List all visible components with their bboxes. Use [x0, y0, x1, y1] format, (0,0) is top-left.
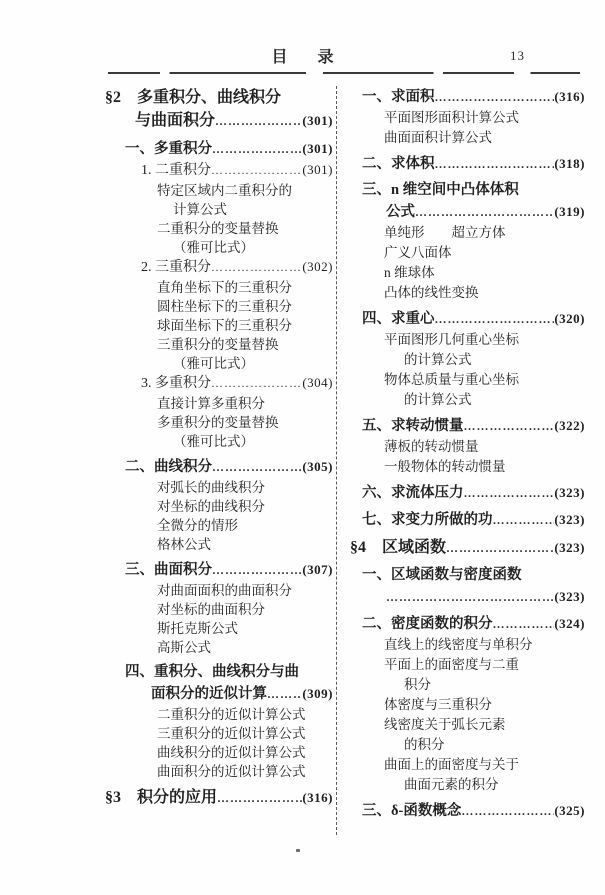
- toc-entry-label: 单纯形 超立方体: [384, 223, 506, 243]
- toc-entry-label: 二重积分的近似计算公式: [157, 705, 306, 724]
- toc-entry: 直线上的线密度与单积分: [350, 635, 585, 655]
- toc-entry: 一、多重积分……………………………………………………………………………………………: [105, 138, 333, 160]
- toc-entry-label: 三重积分的变量替换: [157, 335, 279, 354]
- toc-entry-label: 多重积分的变量替换: [157, 413, 279, 432]
- toc-entry: 二、求体积………………………………………………………………………………………………: [350, 153, 585, 175]
- toc-entry-label: 曲面积分的近似计算公式: [157, 762, 306, 781]
- toc-entry-page: (323): [554, 509, 585, 530]
- toc-entry-label: 斯托克斯公式: [157, 619, 238, 638]
- toc-entry: 公式………………………………………………………………………………………………………: [350, 201, 585, 223]
- toc-entry: n 维球体: [350, 263, 585, 283]
- toc-entry-label: 三重积分的近似计算公式: [157, 724, 306, 743]
- toc-entry: 平面图形面积计算公式: [350, 108, 585, 128]
- header-rule: [108, 72, 580, 74]
- toc-entry: 二重积分的近似计算公式: [105, 705, 333, 724]
- toc-entry-label: 与曲面积分: [135, 109, 215, 132]
- toc-entry: 曲面元素的积分: [350, 775, 585, 795]
- toc-entry: 三、δ-函数概念………………………………………………………………………………………: [350, 800, 585, 822]
- toc-entry-page: (322): [554, 415, 585, 436]
- toc-entry: 斯托克斯公式: [105, 619, 333, 638]
- toc-entry: 计算公式: [105, 200, 333, 219]
- toc-entry-label: 七、求变力所做的功: [362, 510, 493, 531]
- toc-entry-label: （雅可比式）: [173, 238, 254, 257]
- toc-entry-label: （雅可比式）: [173, 432, 254, 451]
- toc-entry-label: 二重积分的变量替换: [157, 219, 279, 238]
- toc-entry-page: (318): [554, 153, 585, 174]
- toc-entry: 对坐标的曲线积分: [105, 497, 333, 516]
- toc-entry-label: 平面图形几何重心坐标: [384, 330, 519, 350]
- toc-entry: 三、曲面积分……………………………………………………………………………………………: [105, 559, 333, 581]
- toc-entry-page: (305): [302, 456, 333, 477]
- leader-dots: …………………………………………………………………………………………………………: [435, 87, 555, 108]
- toc-entry-label: 格林公式: [157, 535, 211, 554]
- toc-entry-label: 二、曲线积分: [125, 457, 212, 478]
- toc-entry: §4 区域函数…………………………………………………………………………………………: [350, 536, 585, 560]
- toc-entry: 对曲面面积的曲面积分: [105, 581, 333, 600]
- toc-entry-page: (320): [554, 308, 585, 329]
- toc-entry: 一、求面积………………………………………………………………………………………………: [350, 86, 585, 108]
- toc-entry-label: 一、求面积: [362, 87, 435, 108]
- leader-dots: …………………………………………………………………………………………………………: [212, 457, 302, 478]
- toc-entry: 多重积分的变量替换: [105, 413, 333, 432]
- toc-entry-page: (323): [554, 536, 585, 559]
- toc-entry-page: (323): [554, 586, 585, 607]
- toc-entry-label: 球面坐标下的三重积分: [157, 316, 292, 335]
- toc-entry: 格林公式: [105, 535, 333, 554]
- toc-entry-page: (307): [302, 559, 333, 580]
- toc-entry-page: (325): [554, 800, 585, 821]
- scanned-toc-page: 目 录 13 §2 多重积分、曲线积分与曲面积分……………………………………………: [0, 0, 605, 895]
- toc-right-column: 一、求面积………………………………………………………………………………………………: [337, 86, 585, 835]
- toc-entry-label: 3. 多重积分: [141, 374, 211, 394]
- toc-entry-page: (319): [554, 201, 585, 222]
- leader-dots: …………………………………………………………………………………………………………: [211, 160, 302, 180]
- toc-entry: 一般物体的转动惯量: [350, 457, 585, 477]
- toc-entry-page: (304): [302, 373, 333, 393]
- toc-entry-label: 积分: [404, 675, 431, 695]
- toc-entry-label: 二、求体积: [362, 154, 435, 175]
- toc-entry: 高斯公式: [105, 638, 333, 657]
- toc-entry: （雅可比式）: [105, 432, 333, 451]
- toc-entry-label: 物体总质量与重心坐标: [384, 370, 519, 390]
- toc-entry: 全微分的情形: [105, 516, 333, 535]
- toc-entry: 薄板的转动惯量: [350, 437, 585, 457]
- toc-entry: 五、求转动惯量…………………………………………………………………………………………: [350, 415, 585, 437]
- toc-entry: 的积分: [350, 735, 585, 755]
- toc-entry-page: (301): [302, 109, 333, 132]
- toc-entry-label: 直角坐标下的三重积分: [157, 278, 292, 297]
- toc-entry: 直角坐标下的三重积分: [105, 278, 333, 297]
- toc-entry-page: (302): [302, 257, 333, 277]
- toc-entry: 曲面积分的近似计算公式: [105, 762, 333, 781]
- toc-entry: 二重积分的变量替换: [105, 219, 333, 238]
- toc-entry: 七、求变力所做的功……………………………………………………………………………………: [350, 509, 585, 531]
- toc-entry-label: 三、n 维空间中凸体体积: [362, 180, 519, 201]
- leader-dots: …………………………………………………………………………………………………………: [215, 110, 302, 133]
- toc-entry: 凸体的线性变换: [350, 283, 585, 303]
- toc-entry-label: 特定区域内二重积分的: [157, 181, 292, 200]
- toc-entry-label: （雅可比式）: [173, 354, 254, 373]
- toc-entry: 平面图形几何重心坐标: [350, 330, 585, 350]
- toc-entry: 四、重积分、曲线积分与曲: [105, 662, 333, 683]
- leader-dots: …………………………………………………………………………………………………………: [212, 560, 302, 581]
- toc-entry-label: 曲线积分的近似计算公式: [157, 743, 306, 762]
- leader-dots: …………………………………………………………………………………………………………: [267, 684, 302, 705]
- toc-entry: （雅可比式）: [105, 354, 333, 373]
- toc-entry: 一、区域函数与密度函数: [350, 565, 585, 586]
- toc-entry-page: (323): [554, 482, 585, 503]
- toc-entry-page: (324): [554, 613, 585, 634]
- toc-entry: 对坐标的曲面积分: [105, 600, 333, 619]
- toc-entry-label: 一、多重积分: [125, 139, 212, 160]
- toc-entry: 三重积分的近似计算公式: [105, 724, 333, 743]
- toc-entry-page: (301): [302, 160, 333, 180]
- toc-entry-label: §4 区域函数: [350, 536, 446, 559]
- leader-dots: …………………………………………………………………………………………………………: [386, 587, 554, 608]
- toc-entry: 的计算公式: [350, 390, 585, 410]
- toc-entry: 四、求重心………………………………………………………………………………………………: [350, 308, 585, 330]
- toc-entry-label: 2. 三重积分: [141, 258, 211, 278]
- toc-entry: §3 积分的应用………………………………………………………………………………………: [105, 786, 333, 810]
- toc-entry-label: 一般物体的转动惯量: [384, 457, 506, 477]
- leader-dots: …………………………………………………………………………………………………………: [493, 510, 555, 531]
- toc-entry-label: 平面上的面密度与二重: [384, 655, 519, 675]
- toc-entry-label: 1. 二重积分: [141, 161, 211, 181]
- toc-entry-label: 六、求流体压力: [362, 483, 464, 504]
- toc-entry-label: 曲面上的面密度与关于: [384, 755, 519, 775]
- toc-entry-label: 体密度与三重积分: [384, 695, 492, 715]
- toc-entry: 广义八面体: [350, 243, 585, 263]
- toc-entry: 圆柱坐标下的三重积分: [105, 297, 333, 316]
- toc-entry: 体密度与三重积分: [350, 695, 585, 715]
- toc-entry: 积分: [350, 675, 585, 695]
- toc-entry: 面积分的近似计算………………………………………………………………………………………: [105, 683, 333, 705]
- toc-entry-label: 计算公式: [173, 200, 227, 219]
- toc-entry-label: 的计算公式: [404, 390, 472, 410]
- toc-entry-label: 的积分: [404, 735, 445, 755]
- toc-entry: （雅可比式）: [105, 238, 333, 257]
- toc-entry-page: (316): [554, 86, 585, 107]
- toc-entry: 直接计算多重积分: [105, 394, 333, 413]
- toc-entry-label: 面积分的近似计算: [151, 684, 267, 705]
- toc-entry: 二、密度函数的积分……………………………………………………………………………………: [350, 613, 585, 635]
- toc-entry-label: 高斯公式: [157, 638, 211, 657]
- toc-entry-label: 对曲面面积的曲面积分: [157, 581, 292, 600]
- toc-entry-label: 直线上的线密度与单积分: [384, 635, 533, 655]
- toc-entry-label: 的计算公式: [404, 350, 472, 370]
- toc-entry: 3. 多重积分…………………………………………………………………………………………: [105, 373, 333, 394]
- leader-dots: …………………………………………………………………………………………………………: [461, 801, 554, 822]
- toc-entry-label: §2 多重积分、曲线积分: [105, 86, 281, 109]
- toc-entry-label: 三、曲面积分: [125, 560, 212, 581]
- toc-entry-page: (316): [302, 786, 333, 809]
- toc-entry-label: 对坐标的曲面积分: [157, 600, 265, 619]
- toc-entry-page: (301): [302, 138, 333, 159]
- leader-dots: …………………………………………………………………………………………………………: [415, 202, 554, 223]
- toc-entry: 三重积分的变量替换: [105, 335, 333, 354]
- toc-entry-label: 对弧长的曲线积分: [157, 478, 265, 497]
- toc-entry-label: 四、重积分、曲线积分与曲: [125, 662, 299, 683]
- toc-entry-label: n 维球体: [384, 263, 435, 283]
- leader-dots: …………………………………………………………………………………………………………: [446, 537, 554, 560]
- toc-entry-label: 四、求重心: [362, 309, 435, 330]
- toc-entry-page: (309): [302, 683, 333, 704]
- leader-dots: …………………………………………………………………………………………………………: [435, 154, 555, 175]
- toc-entry: ……………………………………………………………………………………………………………: [350, 586, 585, 608]
- toc-entry-label: 广义八面体: [384, 243, 452, 263]
- leader-dots: …………………………………………………………………………………………………………: [211, 257, 302, 277]
- toc-entry: 的计算公式: [350, 350, 585, 370]
- toc-entry-label: 平面图形面积计算公式: [384, 108, 519, 128]
- toc-entry: 三、n 维空间中凸体体积: [350, 180, 585, 201]
- toc-entry-label: 五、求转动惯量: [362, 416, 464, 437]
- toc-entry-label: 曲面面积计算公式: [384, 128, 492, 148]
- toc-entry-label: 薄板的转动惯量: [384, 437, 479, 457]
- leader-dots: …………………………………………………………………………………………………………: [435, 309, 555, 330]
- toc-entry-label: 圆柱坐标下的三重积分: [157, 297, 292, 316]
- toc-entry: 1. 二重积分…………………………………………………………………………………………: [105, 160, 333, 181]
- toc-entry: 特定区域内二重积分的: [105, 181, 333, 200]
- toc-entry: 六、求流体压力…………………………………………………………………………………………: [350, 482, 585, 504]
- toc-entry: 线密度关于弧长元素: [350, 715, 585, 735]
- toc-entry: 对弧长的曲线积分: [105, 478, 333, 497]
- toc-entry: 曲面面积计算公式: [350, 128, 585, 148]
- toc-entry-label: 线密度关于弧长元素: [384, 715, 506, 735]
- leader-dots: …………………………………………………………………………………………………………: [211, 373, 302, 393]
- toc-entry: 平面上的面密度与二重: [350, 655, 585, 675]
- leader-dots: …………………………………………………………………………………………………………: [217, 787, 302, 810]
- toc-entry-label: 公式: [386, 202, 415, 223]
- leader-dots: …………………………………………………………………………………………………………: [493, 614, 555, 635]
- toc-entry: 曲线积分的近似计算公式: [105, 743, 333, 762]
- toc-left-column: §2 多重积分、曲线积分与曲面积分………………………………………………………………: [105, 86, 333, 835]
- toc-entry: 二、曲线积分……………………………………………………………………………………………: [105, 456, 333, 478]
- leader-dots: …………………………………………………………………………………………………………: [464, 416, 555, 437]
- page-number: 13: [510, 48, 525, 64]
- toc-entry: 球面坐标下的三重积分: [105, 316, 333, 335]
- toc-entry-label: 三、δ-函数概念: [362, 801, 461, 822]
- leader-dots: …………………………………………………………………………………………………………: [464, 483, 555, 504]
- leader-dots: …………………………………………………………………………………………………………: [212, 139, 302, 160]
- toc-entry-label: 全微分的情形: [157, 516, 238, 535]
- toc-entry: §2 多重积分、曲线积分: [105, 86, 333, 109]
- toc-entry-label: 二、密度函数的积分: [362, 614, 493, 635]
- ink-speck: [296, 849, 300, 852]
- toc-entry-label: 曲面元素的积分: [404, 775, 499, 795]
- toc-entry: 物体总质量与重心坐标: [350, 370, 585, 390]
- toc-entry: 曲面上的面密度与关于: [350, 755, 585, 775]
- toc-entry-label: §3 积分的应用: [105, 786, 217, 809]
- toc-entry-label: 直接计算多重积分: [157, 394, 265, 413]
- toc-entry-label: 对坐标的曲线积分: [157, 497, 265, 516]
- toc-columns: §2 多重积分、曲线积分与曲面积分………………………………………………………………: [105, 86, 585, 835]
- toc-entry: 与曲面积分………………………………………………………………………………………………: [105, 109, 333, 133]
- toc-entry: 2. 三重积分…………………………………………………………………………………………: [105, 257, 333, 278]
- toc-entry: 单纯形 超立方体: [350, 223, 585, 243]
- toc-entry-label: 一、区域函数与密度函数: [362, 565, 522, 586]
- toc-entry-label: 凸体的线性变换: [384, 283, 479, 303]
